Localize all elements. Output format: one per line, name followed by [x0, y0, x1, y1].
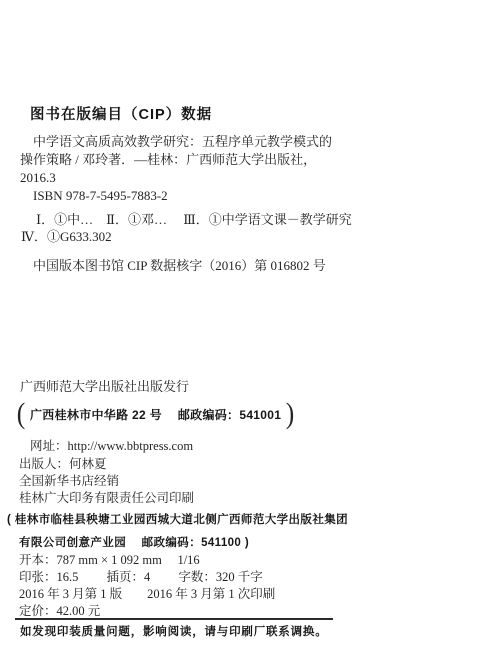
publisher-line: 广西师范大学出版社出版发行: [20, 379, 189, 395]
copyright-page: 图书在版编目（CIP）数据 中学语文高质高效教学研究：五程序单元教学模式的 操作…: [0, 0, 500, 660]
format-line: 开本：787 mm × 1 092 mm 1/16: [19, 553, 200, 569]
publisher-address: 广西桂林市中华路 22 号 邮政编码：541001: [30, 406, 281, 423]
distribution-line: 全国新华书店经销: [19, 474, 119, 490]
cip-record-number: 中国版本图书馆 CIP 数据核字（2016）第 016802 号: [33, 258, 326, 274]
printer-line: 桂林广大印务有限责任公司印刷: [19, 491, 194, 507]
website-line: 网址：http://www.bbtpress.com: [30, 439, 193, 455]
publisher-address-row: ( 广西桂林市中华路 22 号 邮政编码：541001 ): [16, 401, 295, 427]
chief-editor-line: 出版人：何林夏: [19, 457, 107, 473]
printer-address-line2: 有限公司创意产业园 邮政编码：541100 ): [19, 534, 249, 550]
edition-line: 2016 年 3 月第 1 版 2016 年 3 月第 1 次印刷: [19, 587, 275, 603]
open-paren: (: [17, 401, 26, 427]
cip-year: 2016.3: [20, 170, 56, 186]
close-paren: ): [286, 401, 295, 427]
cip-title-line1: 中学语文高质高效教学研究：五程序单元教学模式的: [33, 134, 332, 150]
print-run-line: 印张：16.5 插页：4 字数：320 千字: [19, 570, 263, 586]
cip-index-line2: Ⅳ．①G633.302: [21, 229, 112, 245]
cip-title-line2: 操作策略 / 邓玲著．—桂林：广西师范大学出版社，: [20, 152, 316, 168]
printer-address-line1: ( 桂林市临桂县秧塘工业园西城大道北侧广西师范大学出版社集团: [7, 511, 348, 527]
cip-header: 图书在版编目（CIP）数据: [30, 103, 212, 124]
cip-index-line1: Ⅰ．①中… Ⅱ．①邓… Ⅲ．①中学语文课－教学研究: [36, 212, 352, 228]
footer-divider: [15, 618, 333, 620]
quality-notice: 如发现印装质量问题，影响阅读，请与印刷厂联系调换。: [20, 623, 328, 639]
isbn-line: ISBN 978-7-5495-7883-2: [33, 188, 168, 204]
